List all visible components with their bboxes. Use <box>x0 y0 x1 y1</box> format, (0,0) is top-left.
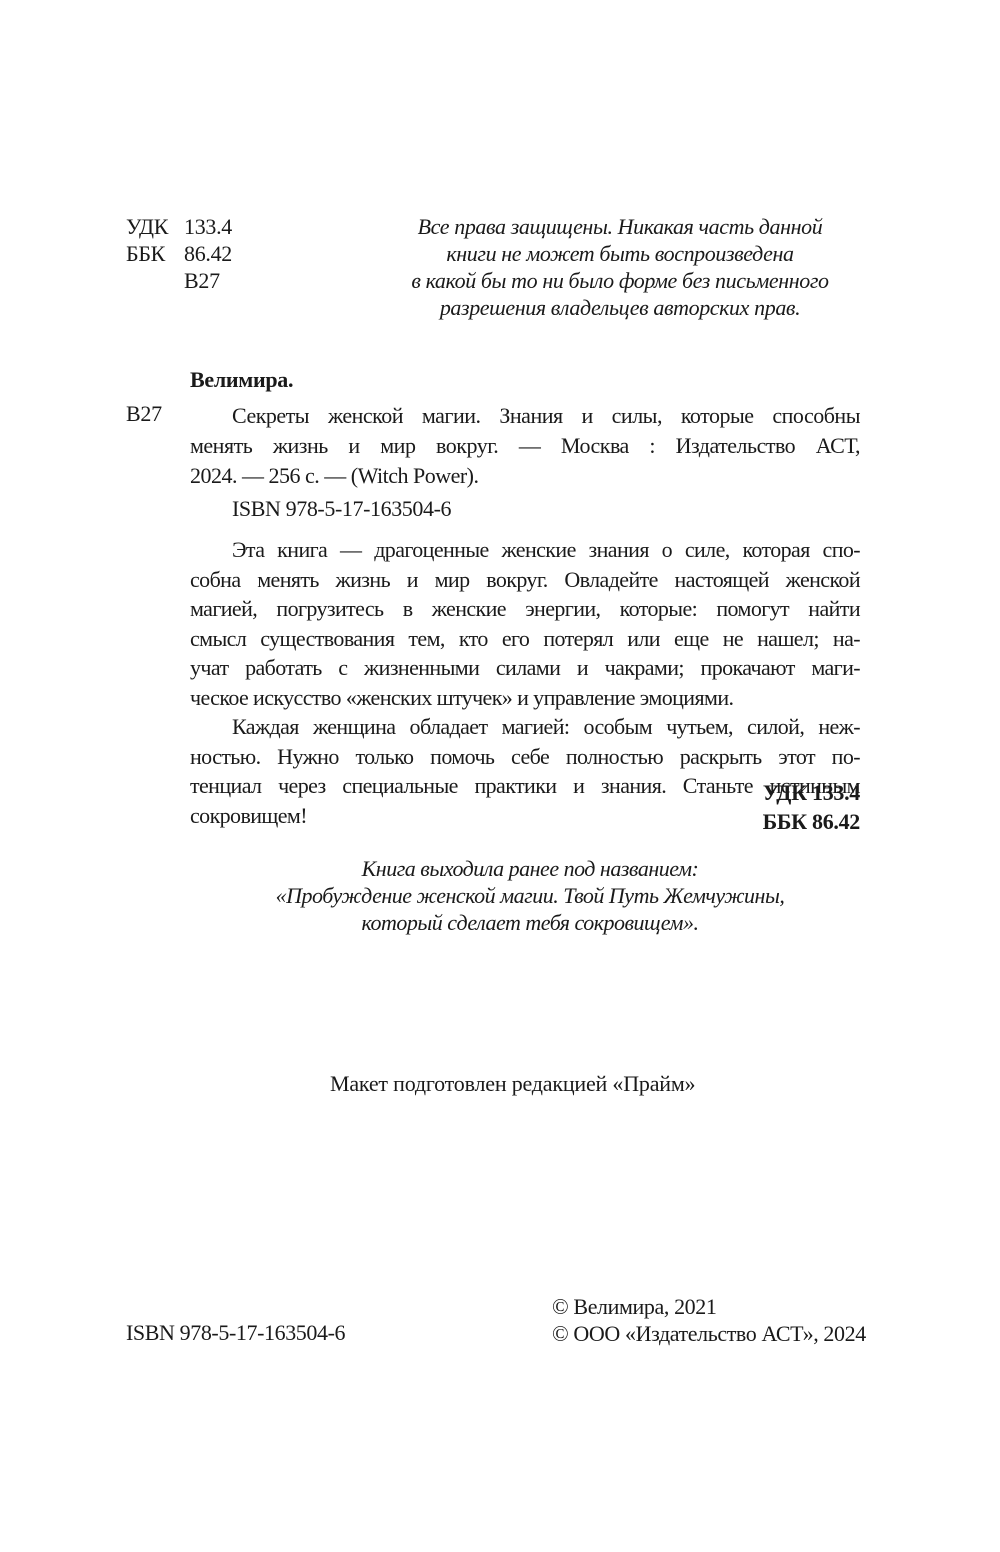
annotation-line: магией, погрузитесь в женские энергии, к… <box>190 594 860 624</box>
isbn-footer: ISBN 978-5-17-163504-6 <box>126 1320 345 1346</box>
previous-title-line: «Пробуждение женской магии. Твой Путь Же… <box>240 882 820 909</box>
rights-line: Все права защищены. Никакая часть данной <box>380 213 860 240</box>
classification-row-author-code: В27 <box>126 267 232 294</box>
previous-title-line: Книга выходила ранее под названием: <box>240 855 820 882</box>
rights-line: разрешения владельцев авторских прав. <box>380 294 860 321</box>
annotation-line: смысл существования тем, кто его потерял… <box>190 624 860 654</box>
entry-line: 2024. — 256 с. — (Witch Power). <box>190 461 860 491</box>
entry-line: менять жизнь и мир вокруг. — Москва : Из… <box>190 431 860 461</box>
annotation: Эта книга — драгоценные женские знания о… <box>190 535 860 830</box>
copyright-line: © ООО «Издательство АСТ», 2024 <box>552 1320 866 1347</box>
annotation-line: ностью. Нужно только помочь себе полност… <box>190 742 860 772</box>
classification-block: УДК 133.4 ББК 86.42 В27 <box>126 213 232 294</box>
annotation-line: тенциал через специальные практики и зна… <box>190 771 860 801</box>
classification-key: ББК <box>126 240 184 267</box>
author-code: В27 <box>126 401 162 427</box>
classification-key <box>126 267 184 294</box>
classification-key: УДК <box>126 213 184 240</box>
isbn-entry: ISBN 978-5-17-163504-6 <box>232 496 451 522</box>
classification-summary: УДК 133.4 ББК 86.42 <box>763 778 860 836</box>
classification-row-bbk: ББК 86.42 <box>126 240 232 267</box>
copyright-line: © Велимира, 2021 <box>552 1293 866 1320</box>
previous-title-note: Книга выходила ранее под названием: «Про… <box>240 855 820 936</box>
annotation-line: собна менять жизнь и мир вокруг. Овладей… <box>190 565 860 595</box>
classification-row-udk: УДК 133.4 <box>126 213 232 240</box>
classification-value: В27 <box>184 267 220 294</box>
rights-notice: Все права защищены. Никакая часть данной… <box>380 213 860 321</box>
classification-value: 86.42 <box>184 240 232 267</box>
annotation-line: учат работать с жизненными силами и чакр… <box>190 653 860 683</box>
bibliographic-description: Секреты женской магии. Знания и силы, ко… <box>190 401 860 491</box>
classification-value: 133.4 <box>184 213 232 240</box>
annotation-line: ческое искусство «женских штучек» и упра… <box>190 683 860 713</box>
annotation-line: Эта книга — драгоценные женские знания о… <box>190 535 860 565</box>
annotation-line: сокровищем! <box>190 801 860 831</box>
udk-code: УДК 133.4 <box>763 778 860 807</box>
previous-title-line: который сделает тебя сокровищем». <box>240 909 820 936</box>
annotation-paragraph: Каждая женщина обладает магией: особым ч… <box>190 712 860 830</box>
copyright-block: © Велимира, 2021 © ООО «Издательство АСТ… <box>552 1293 866 1347</box>
author-name: Велимира. <box>190 367 293 393</box>
annotation-line: Каждая женщина обладает магией: особым ч… <box>190 712 860 742</box>
entry-line: Секреты женской магии. Знания и силы, ко… <box>190 401 860 431</box>
rights-line: книги не может быть воспроизведена <box>380 240 860 267</box>
bbk-code: ББК 86.42 <box>763 807 860 836</box>
layout-credit: Макет подготовлен редакцией «Прайм» <box>330 1071 695 1097</box>
annotation-paragraph: Эта книга — драгоценные женские знания о… <box>190 535 860 712</box>
rights-line: в какой бы то ни было форме без письменн… <box>380 267 860 294</box>
